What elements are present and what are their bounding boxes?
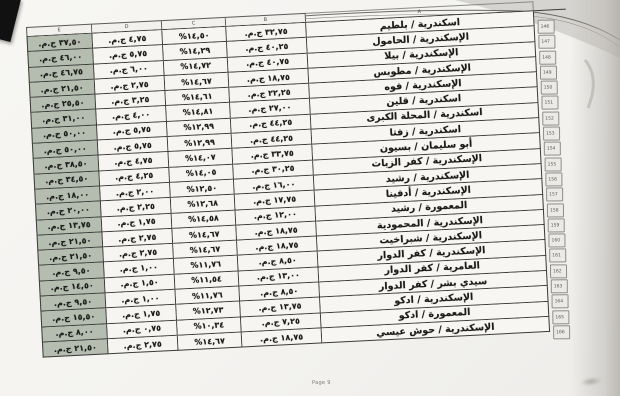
footer-page-number: Page 9 [312,380,331,386]
table-body: ٣٧,٥٠ ج.م. ٤,٧٥ ج.م. ١٤,٥٠% ٣٢,٧٥ ج.م. ا… [26,9,582,358]
row-number: 166 [553,325,570,339]
cell-increase-percent: ١٤,٦٧% [178,332,243,351]
spreadsheet-table: E D C B A ٣٧,٥٠ ج.م. ٤,٧٥ ج.م. ١٤,٥٠% ٣٢… [26,0,582,358]
